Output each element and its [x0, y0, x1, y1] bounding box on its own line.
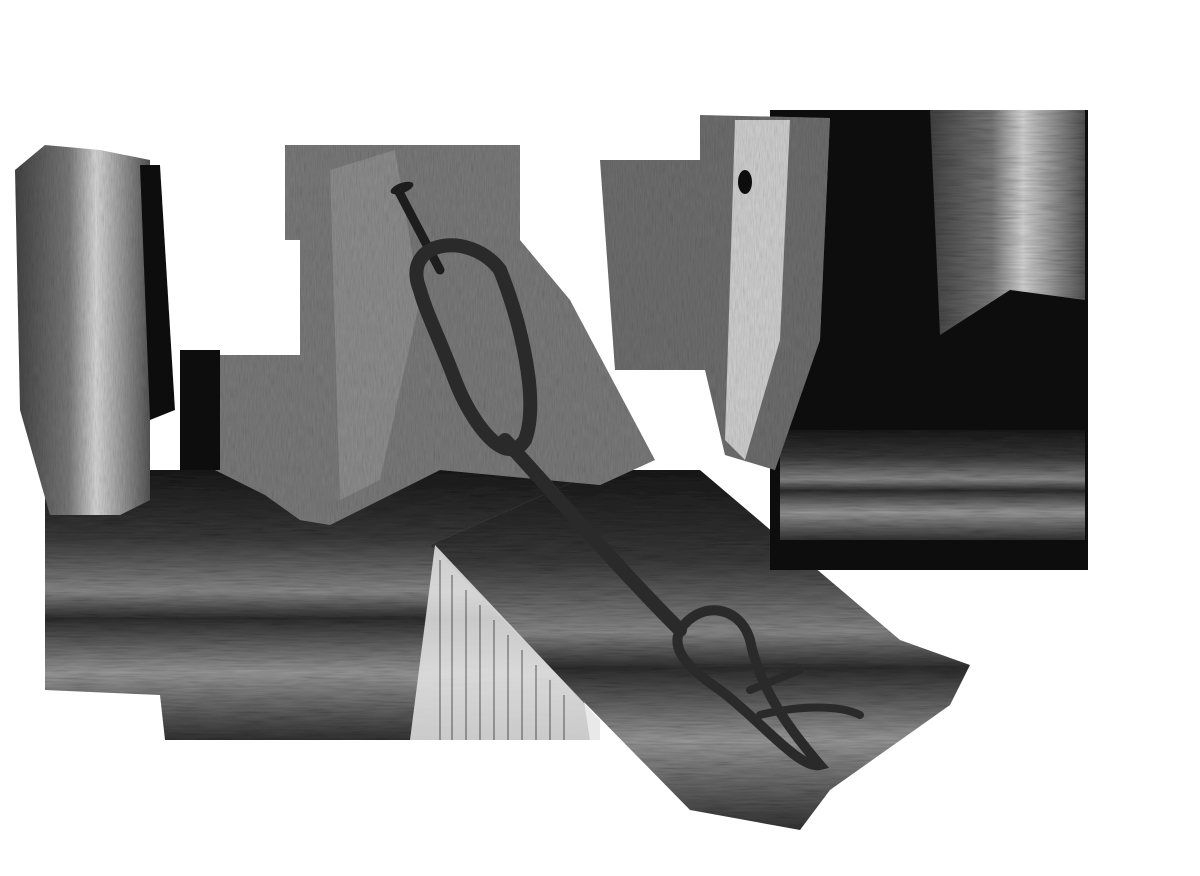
photo-print: [0, 0, 1200, 876]
wood-post-left: [15, 145, 175, 515]
wood-post-center: [180, 145, 655, 525]
